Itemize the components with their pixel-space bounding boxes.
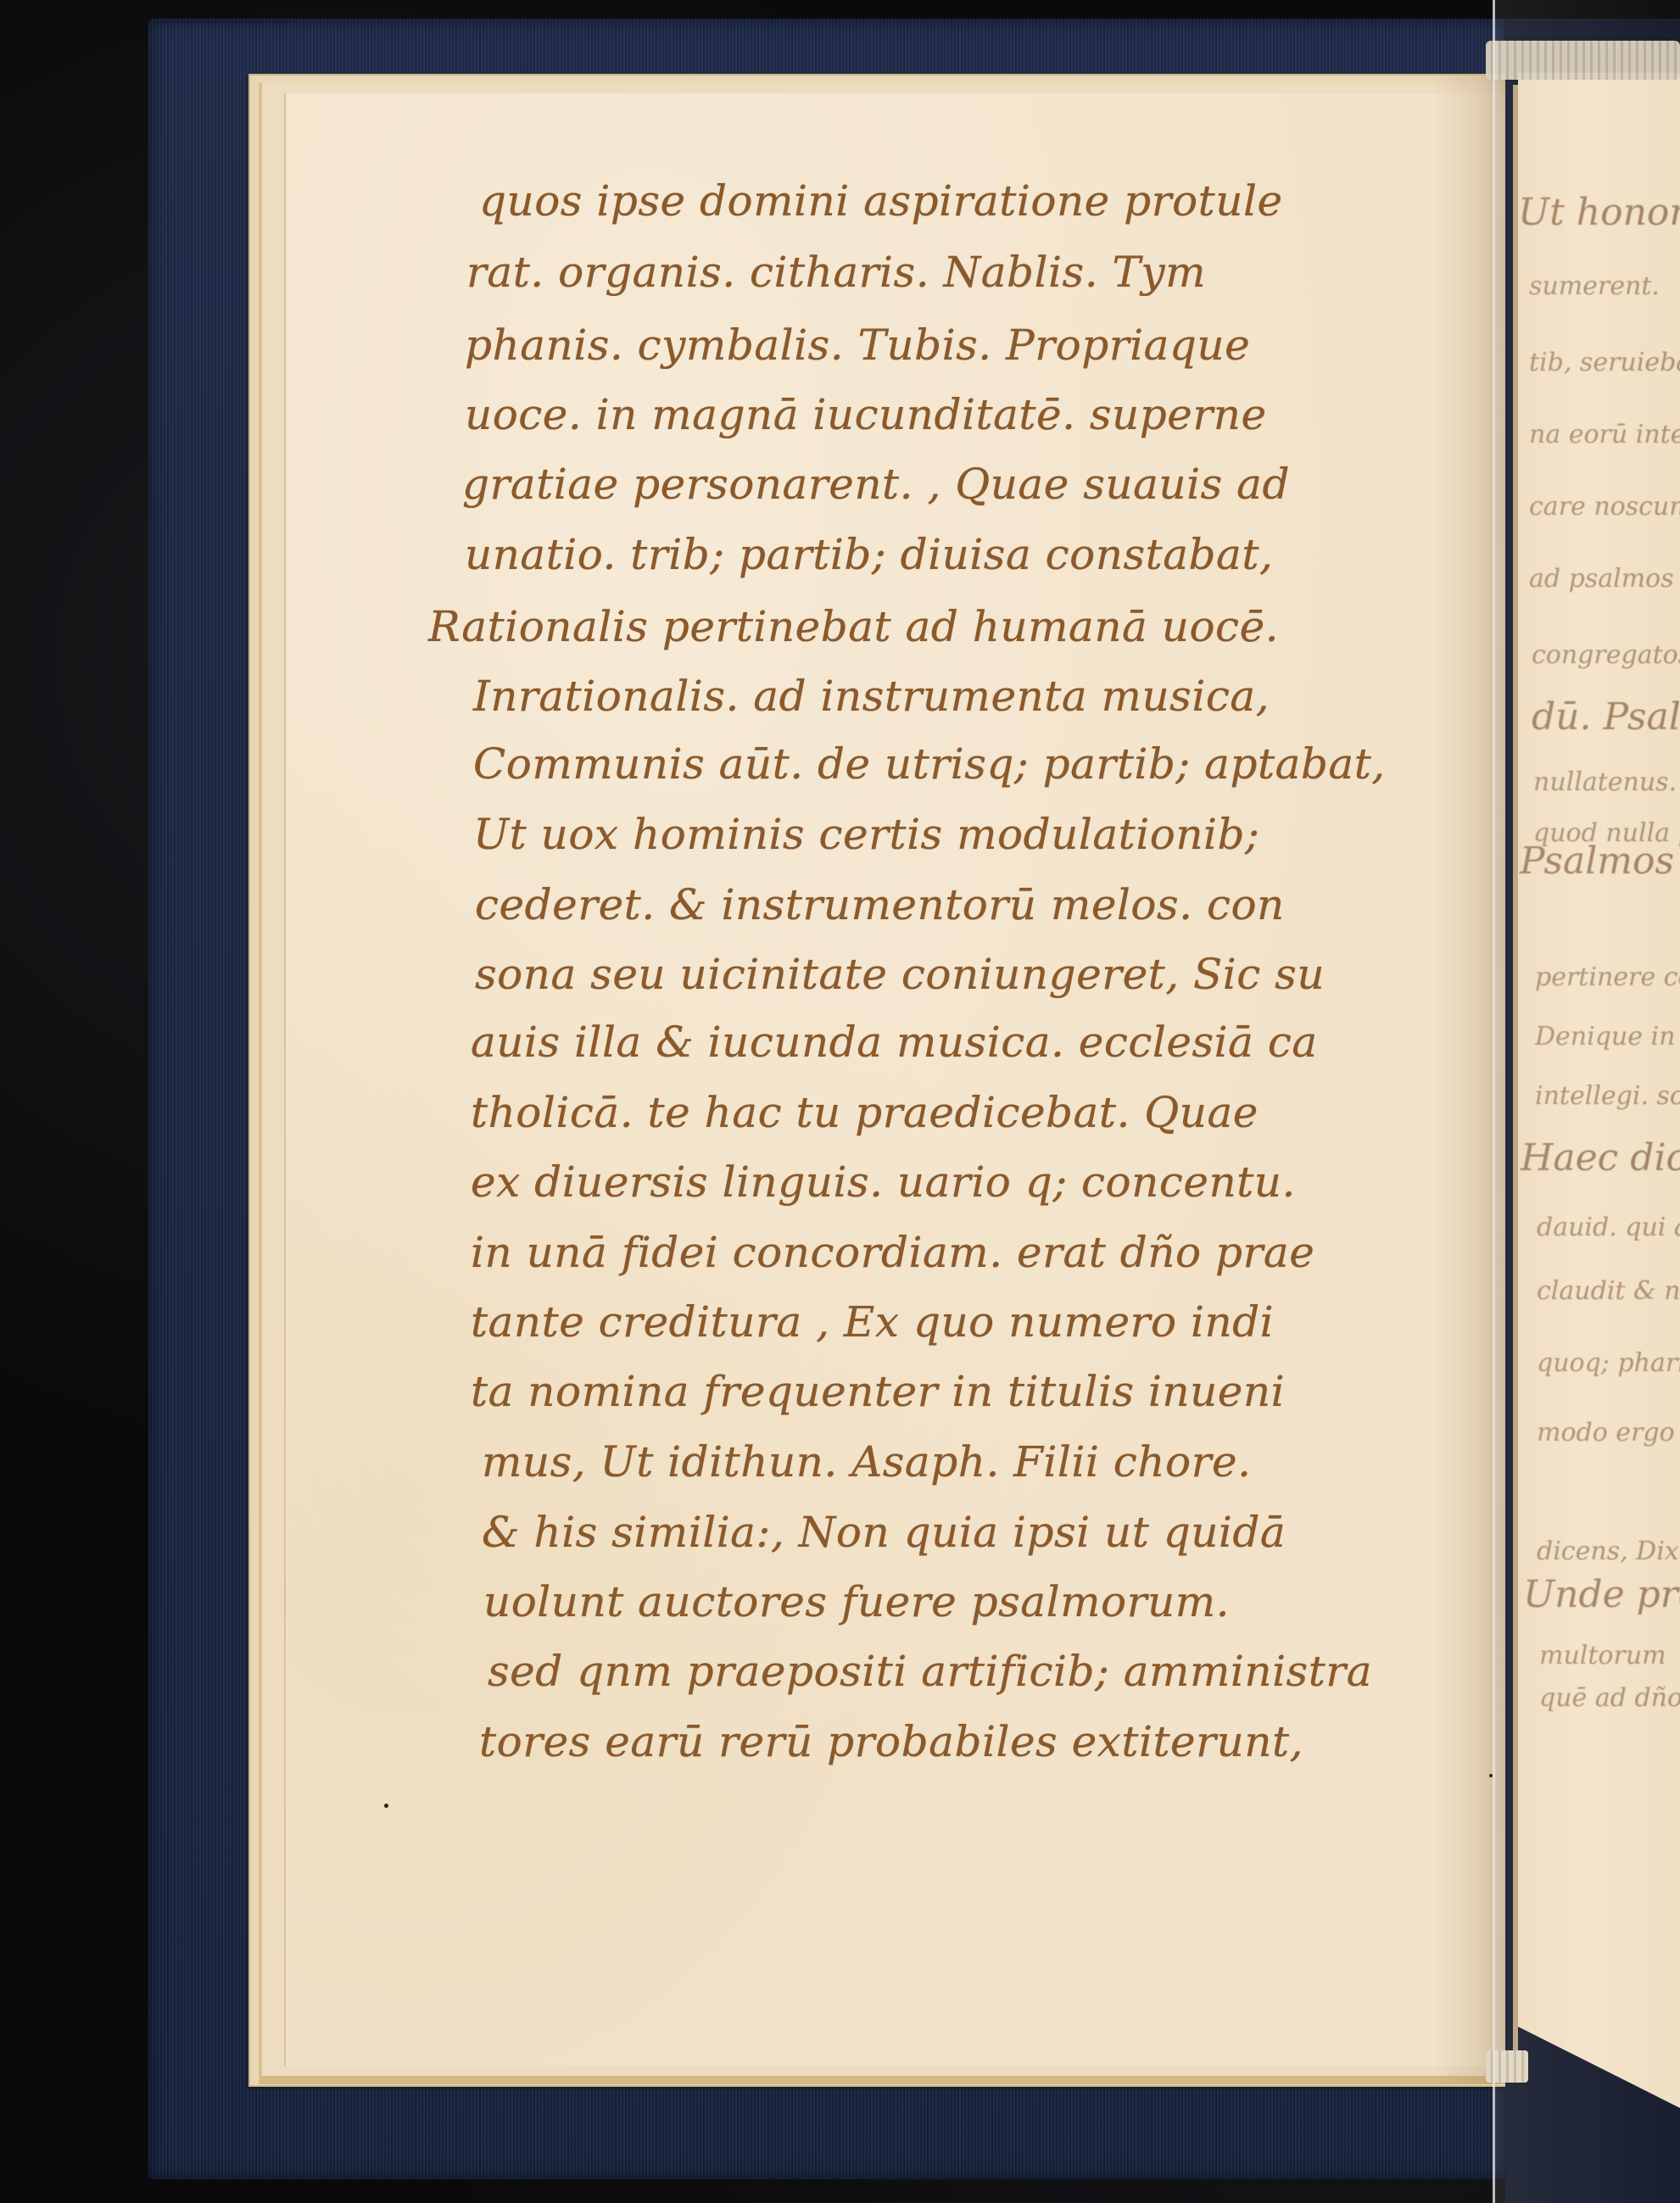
text-line: mus, Ut idithun. Asaph. Filii chore. — [482, 1437, 1251, 1486]
ink-speck — [384, 1804, 388, 1808]
text-line: & his similia:, Non quia ipsi ut quidā — [482, 1508, 1286, 1557]
text-line: gratiae personarent. , Quae suauis ad — [462, 460, 1290, 509]
text-line: tholicā. te hac tu praedicebat. Quae — [471, 1088, 1259, 1137]
text-line: Ut uox hominis certis modulationib; — [473, 810, 1259, 859]
text-line: cederet. & instrumentorū melos. con — [475, 880, 1285, 929]
text-line: sona seu uicinitate coniungeret, Sic su — [475, 950, 1325, 999]
text-line: uolunt auctores fuere psalmorum. — [483, 1577, 1230, 1626]
text-line: ta nomina frequenter in titulis inueni — [471, 1367, 1285, 1416]
manuscript-photo: quos ipse domini aspiratione protule rat… — [0, 0, 1680, 2203]
text-line: Communis aūt. de utrisq; partib; aptabat… — [473, 739, 1386, 789]
text-line: unatio. trib; partib; diuisa constabat, — [465, 530, 1273, 579]
text-line: tante creditura , Ex quo numero indi — [471, 1297, 1274, 1347]
text-line: Rationalis pertinebat ad humanā uocē. — [428, 602, 1279, 651]
text-line: ex diuersis linguis. uario q; concentu. — [471, 1157, 1296, 1207]
text-line: rat. organis. citharis. Nablis. Tym — [466, 248, 1206, 297]
text-line: quos ipse domini aspiratione protule — [479, 176, 1283, 226]
text-line: uoce. in magnā iucunditatē. superne — [465, 390, 1267, 439]
text-line: sed qnm praepositi artificib; amministra — [488, 1647, 1372, 1696]
text-line: auis illa & iucunda musica. ecclesiā ca — [471, 1018, 1318, 1067]
glass-panel — [1493, 0, 1680, 2203]
text-line: in unā fidei concordiam. erat dño prae — [471, 1228, 1314, 1277]
text-line: tores earū rerū probabiles extiterunt, — [479, 1717, 1303, 1766]
text-line: phanis. cymbalis. Tubis. Propriaque — [465, 321, 1250, 370]
text-line: Inrationalis. ad instrumenta musica, — [473, 672, 1270, 721]
